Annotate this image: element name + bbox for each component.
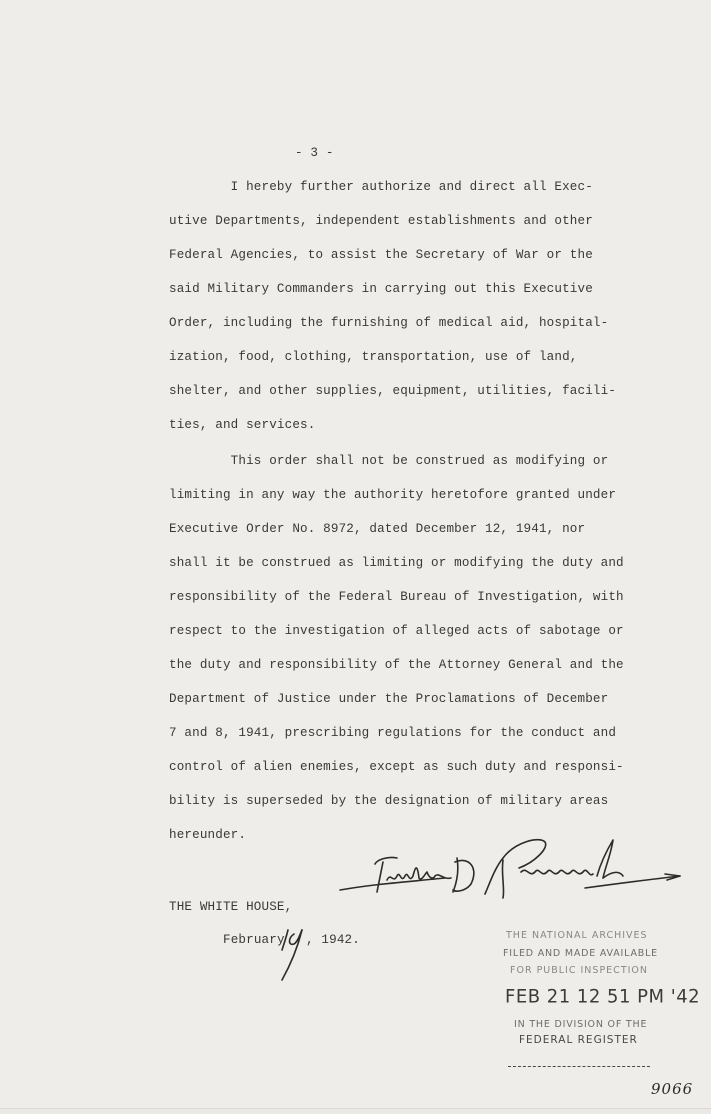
text-line: control of alien enemies, except as such… [169,760,624,774]
text-line: Executive Order No. 8972, dated December… [169,522,585,536]
text-line: hereunder. [169,828,246,842]
signing-place: THE WHITE HOUSE, [169,900,292,914]
text-line: ization, food, clothing, transportation,… [169,350,578,364]
text-line: said Military Commanders in carrying out… [169,282,593,296]
text-line: bility is superseded by the designation … [169,794,608,808]
text-line: shall it be construed as limiting or mod… [169,556,624,570]
text-line: I hereby further authorize and direct al… [169,180,593,194]
document-number: 9066 [651,1080,693,1098]
stamp-line-5: FEDERAL REGISTER [519,1034,637,1046]
handwritten-day [280,922,310,982]
text-line: 7 and 8, 1941, prescribing regulations f… [169,726,616,740]
signature [335,832,685,902]
document-page: - 3 - I hereby further authorize and dir… [0,0,711,1109]
text-line: shelter, and other supplies, equipment, … [169,384,616,398]
stamp-divider [508,1066,650,1067]
text-line: limiting in any way the authority hereto… [169,488,616,502]
stamp-line-1: THE NATIONAL ARCHIVES [506,930,644,941]
text-line: ties, and services. [169,418,315,432]
text-line: utive Departments, independent establish… [169,214,593,228]
stamp-line-2: FILED AND MADE AVAILABLE [503,948,651,959]
text-line: Department of Justice under the Proclama… [169,692,608,706]
text-line: Order, including the furnishing of medic… [169,316,608,330]
text-line: responsibility of the Federal Bureau of … [169,590,624,604]
date-month: February [223,933,285,947]
stamp-line-3: FOR PUBLIC INSPECTION [510,965,638,976]
page-number: - 3 - [295,146,334,160]
text-line: This order shall not be construed as mod… [169,454,608,468]
stamp-date: FEB 21 12 51 PM '42 [505,985,647,1007]
date-year: , 1942. [306,933,360,947]
text-line: the duty and responsibility of the Attor… [169,658,624,672]
stamp-line-4: IN THE DIVISION OF THE [514,1019,636,1030]
text-line: respect to the investigation of alleged … [169,624,624,638]
text-line: Federal Agencies, to assist the Secretar… [169,248,593,262]
